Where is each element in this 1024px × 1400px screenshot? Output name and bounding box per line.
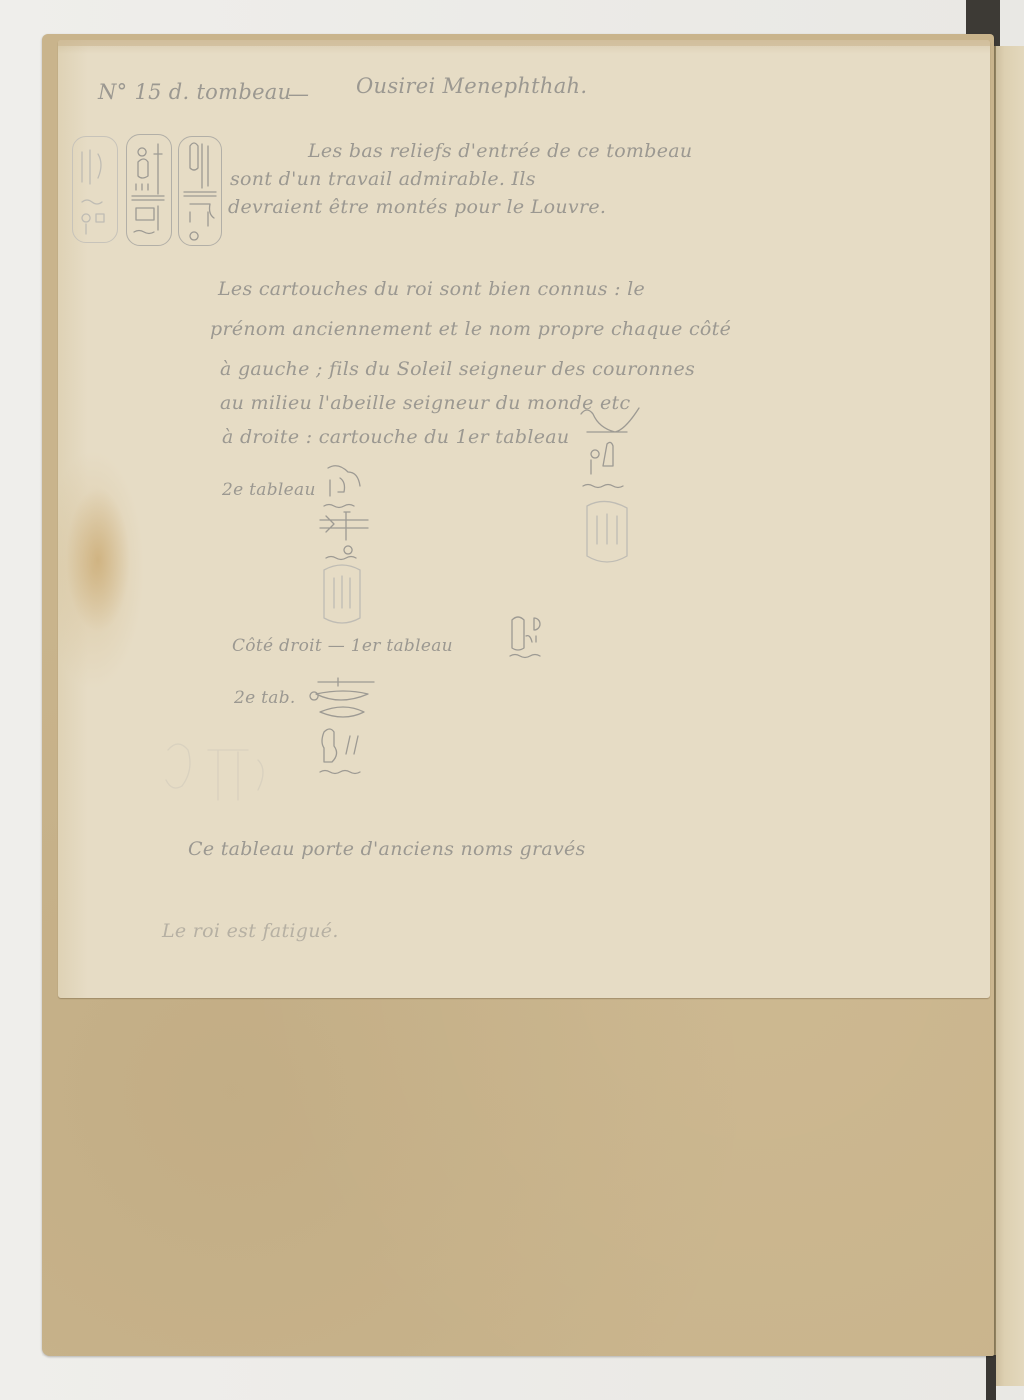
closing-line-2: Le roi est fatigué. [162, 920, 339, 942]
hieroglyph-cote-droit-icon [504, 610, 564, 670]
hieroglyph-column-right-icon [573, 402, 653, 592]
page-title: Ousirei Menephthah. [356, 74, 587, 98]
binding-shadow-bottom [986, 1355, 996, 1400]
paragraph-1-line-3: devraient être montés pour le Louvre. [228, 196, 606, 218]
paragraph-2-line-3: à gauche ; fils du Soleil seigneur des c… [220, 358, 695, 380]
header-separator: — [288, 82, 309, 106]
paragraph-2-line-2: prénom anciennement et le nom propre cha… [210, 318, 731, 340]
paragraph-2-line-5: à droite : cartouche du 1er tableau [222, 426, 569, 448]
paragraph-1-line-2: sont d'un travail admirable. Ils [230, 168, 536, 190]
paragraph-1-line-1: Les bas reliefs d'entrée de ce tombeau [308, 140, 692, 162]
leaf-top-edge [58, 40, 990, 46]
paragraph-2-line-4: au milieu l'abeille seigneur du monde et… [220, 392, 630, 414]
label-tableau-2: 2e tableau [222, 480, 316, 500]
label-cote-droit: Côté droit — 1er tableau [232, 636, 453, 656]
cartouche-group-sketch [72, 132, 222, 247]
hieroglyph-column-tableau-2-icon [316, 458, 386, 638]
hieroglyph-icon [72, 132, 222, 247]
closing-line-1: Ce tableau porte d'anciens noms gravés [188, 838, 586, 860]
label-tab-2: 2e tab. [234, 688, 296, 708]
bleed-through-sketch [148, 730, 308, 820]
manuscript-leaf: N° 15 d. tombeau — Ousirei Menephthah. L… [58, 40, 990, 998]
paragraph-2-line-1: Les cartouches du roi sont bien connus :… [218, 278, 645, 300]
adjacent-page-edge [996, 46, 1024, 1386]
page-number: N° 15 d. tombeau [98, 80, 291, 104]
hieroglyph-column-tab-2-icon [310, 676, 390, 786]
